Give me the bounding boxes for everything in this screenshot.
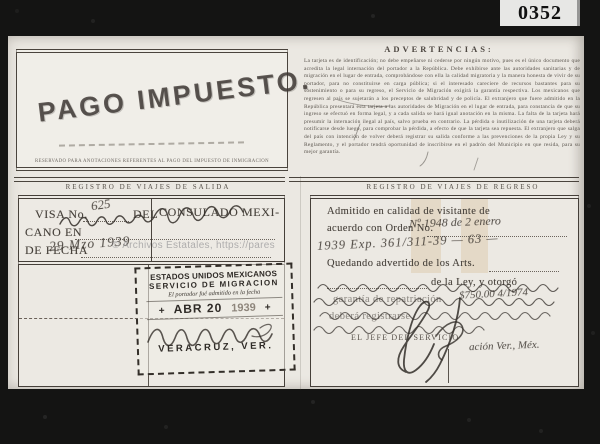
pencil-dashes [59, 141, 244, 146]
reserved-note: RESERVADO PARA ANOTACIONES REFERENTES AL… [21, 159, 283, 164]
advertencias-title: ADVERTENCIAS: [300, 44, 578, 54]
regreso-admission-box: Admitido en calidad de visitante de acue… [310, 195, 579, 387]
archive-watermark: © Archivos Estatales, https://pares [112, 240, 275, 251]
arts-blank [489, 269, 559, 272]
plus-mark-left: + [159, 306, 165, 317]
handwritten-visa-number: 625 [90, 196, 112, 215]
garantia-line: garantía de repatriación [333, 294, 442, 305]
plus-mark-right: + [265, 302, 271, 313]
divider-rule-left [14, 177, 285, 182]
pago-impuesto-stamp: PAGO IMPUESTO. [36, 64, 313, 128]
advertencias-fine-print: La tarjeta es de identificación; no debe… [304, 58, 580, 170]
visa-consulate-box: VISA No. DEL CONSULADO MEXI- CANO EN DE … [18, 195, 285, 263]
ley-line: de la Ley, y otorgó [431, 277, 517, 288]
archive-number-label: 0352 [500, 0, 580, 26]
stamp-date-year: 1939 [231, 302, 256, 315]
ley-blank [327, 286, 427, 289]
regreso-box-divider [448, 349, 449, 383]
del-label: DEL [133, 207, 158, 222]
handwritten-amount: $750.00 4/1974 [459, 286, 529, 302]
handwritten-orden: Nº 1948 de 2 enero [409, 213, 501, 231]
scan-dust [0, 0, 2, 2]
migration-entry-stamp: ESTADOS UNIDOS MEXICANOS SERVICIO DE MIG… [134, 263, 295, 376]
handwritten-lugar: ación Ver., Méx. [469, 339, 540, 353]
immigration-card-paper: PAGO IMPUESTO. RESERVADO PARA ANOTACIONE… [8, 36, 584, 389]
consulado-label: CONSULADO MEXI- [159, 205, 280, 220]
quedando-line: Quedando advertido de los Arts. [327, 258, 475, 269]
visa-no-blank [83, 219, 129, 222]
stamp-date-day: ABR 20 [173, 301, 222, 317]
salida-section-header: REGISTRO DE VIAJES DE SALIDA [38, 183, 258, 191]
debera-line: deberá registrarse [329, 311, 411, 322]
visa-no-label: VISA No. [35, 207, 88, 222]
date-blank [81, 255, 271, 258]
regreso-section-header: REGISTRO DE VIAJES DE REGRESO [338, 183, 568, 191]
paper-fold-crease [300, 176, 301, 390]
divider-rule-right [289, 177, 579, 182]
pago-impuesto-box: PAGO IMPUESTO. RESERVADO PARA ANOTACIONE… [16, 49, 288, 171]
jefe-line: EL JEFE DEL SERVICIO [351, 333, 459, 342]
document-scan: 0352 PAGO IMPUESTO. RESERVADO PARA ANOTA… [0, 0, 600, 444]
